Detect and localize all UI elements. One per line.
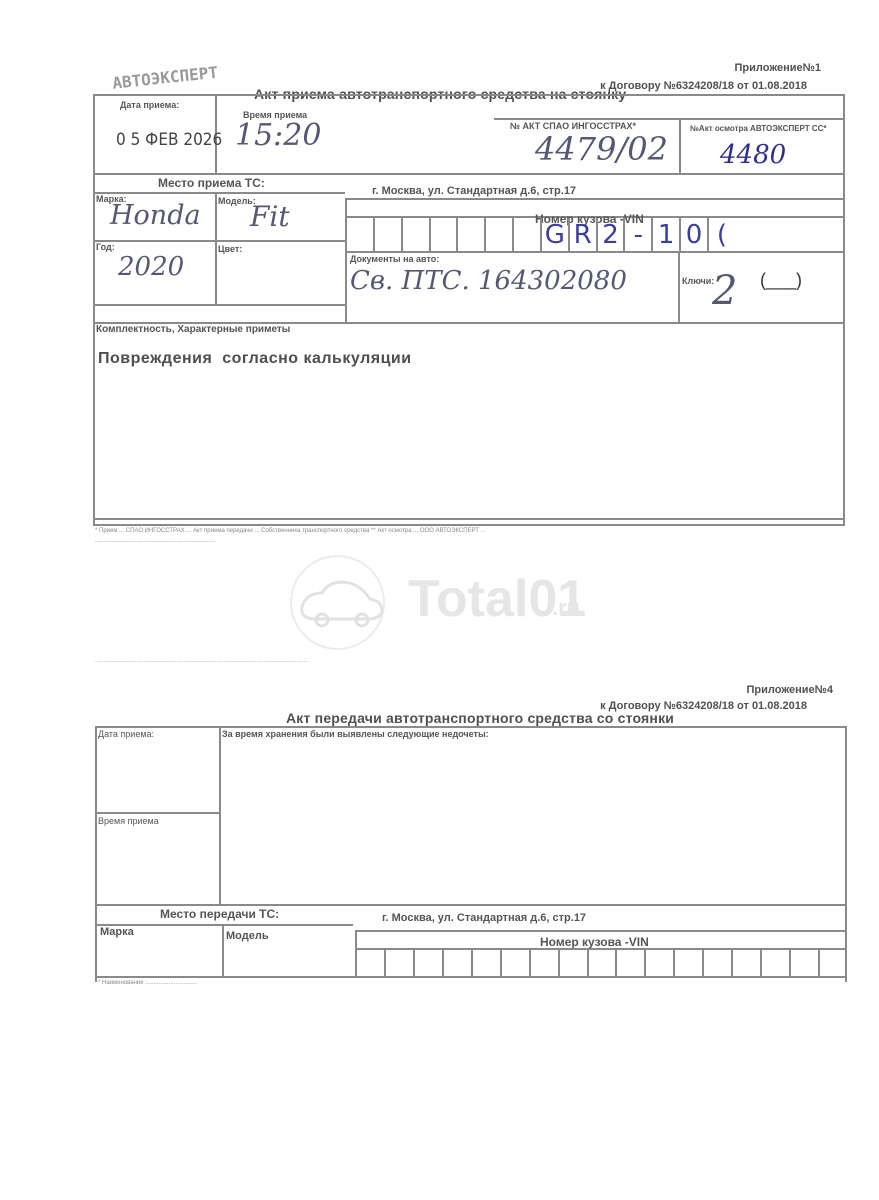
release-place-label: Место передачи ТС:: [160, 907, 279, 921]
date-label: Дата приема:: [120, 100, 179, 110]
date-value[interactable]: 0 5 ФЕВ 2026: [116, 130, 222, 150]
vin-cell[interactable]: [731, 948, 760, 978]
vin-cell[interactable]: [373, 218, 401, 252]
vin-cell[interactable]: 0: [679, 218, 707, 252]
release-place-value: г. Москва, ул. Стандартная д.6, стр.17: [382, 912, 586, 924]
vin-cell[interactable]: [429, 218, 457, 252]
footnote-2: ........................................…: [95, 538, 215, 544]
features-value[interactable]: Повреждения согласно калькуляции: [98, 350, 412, 368]
release-date-label: Дата приема:: [98, 729, 154, 739]
footnote-1: * Прием ... СПАО ИНГОССТРАХ ... Акт прие…: [95, 528, 486, 534]
vin-cell[interactable]: [615, 948, 644, 978]
color-label: Цвет:: [218, 244, 242, 254]
vin-cell[interactable]: [512, 218, 540, 252]
docs-value[interactable]: Св. ПТС. 164302080: [350, 266, 627, 296]
appendix-number: Приложение№1: [735, 62, 821, 74]
expert-act-value[interactable]: 4480: [720, 140, 786, 170]
vin-cell[interactable]: [345, 218, 373, 252]
release-footnote: * Наименование .........................…: [98, 980, 197, 986]
stamp-logo: АВТОЭКСПЕРТ: [110, 52, 223, 99]
defects-label: За время хранения были выявлены следующи…: [222, 729, 489, 739]
appendix-number-2: Приложение№4: [747, 684, 833, 696]
vin-cell[interactable]: [484, 218, 512, 252]
keys-value[interactable]: 2: [712, 268, 737, 314]
release-time-label: Время приема: [98, 816, 159, 826]
watermark: Total01 .ru: [290, 555, 610, 655]
vin-cell[interactable]: G: [540, 218, 568, 252]
release-make-label: Марка: [100, 926, 134, 938]
vin-cell[interactable]: [760, 948, 789, 978]
model-value[interactable]: Fit: [250, 200, 290, 233]
keys-label: Ключи:: [682, 276, 714, 286]
vin-cell[interactable]: [673, 948, 702, 978]
form2-title: Акт передачи автотранспортного средства …: [286, 710, 674, 726]
vin-cell[interactable]: [587, 948, 616, 978]
keys-extra: (___): [760, 270, 802, 291]
contract-ref: к Договору №6324208/18 от 01.08.2018: [600, 80, 807, 92]
vin-cell[interactable]: [355, 948, 384, 978]
make-value[interactable]: Honda: [110, 200, 201, 231]
time-value[interactable]: 15:20: [235, 118, 321, 153]
place-label: Место приема ТС:: [158, 176, 265, 190]
year-value[interactable]: 2020: [118, 252, 184, 282]
release-vin-label: Номер кузова -VIN: [540, 935, 649, 949]
vin-cell[interactable]: [818, 948, 847, 978]
docs-label: Документы на авто:: [350, 254, 439, 264]
watermark-suffix: .ru: [552, 595, 580, 621]
vin-cell[interactable]: [471, 948, 500, 978]
vin-cell[interactable]: R: [568, 218, 596, 252]
vin-cell[interactable]: [442, 948, 471, 978]
vin-cell[interactable]: [702, 948, 731, 978]
vin-cell[interactable]: [384, 948, 413, 978]
year-label: Год:: [96, 242, 115, 252]
release-vin-cells: [355, 948, 847, 978]
place-value: г. Москва, ул. Стандартная д.6, стр.17: [372, 185, 576, 197]
stamp-text: АВТОЭКСПЕРТ: [111, 62, 222, 92]
vin-cell[interactable]: (: [707, 218, 735, 252]
expert-act-label: №Акт осмотра АВТОЭКСПЕРТ СС*: [690, 124, 827, 133]
vin-cell[interactable]: [456, 218, 484, 252]
vin-cell[interactable]: [413, 948, 442, 978]
vin-cells: GR2-10(: [345, 218, 735, 252]
vin-cell[interactable]: -: [623, 218, 651, 252]
vin-cell[interactable]: [558, 948, 587, 978]
vin-cell[interactable]: [529, 948, 558, 978]
vin-cell[interactable]: [789, 948, 818, 978]
vin-cell[interactable]: [500, 948, 529, 978]
vin-cell[interactable]: [401, 218, 429, 252]
release-model-label: Модель: [226, 930, 269, 942]
vin-cell[interactable]: [644, 948, 673, 978]
vin-cell[interactable]: 2: [596, 218, 624, 252]
form2-frame: [95, 726, 847, 982]
features-label: Комплектность, Характерные приметы: [96, 324, 290, 335]
car-logo-icon: [290, 555, 385, 650]
vin-cell[interactable]: 1: [651, 218, 679, 252]
divider-line: ........................................…: [95, 658, 308, 664]
ingos-act-value[interactable]: 4479/02: [535, 130, 668, 168]
